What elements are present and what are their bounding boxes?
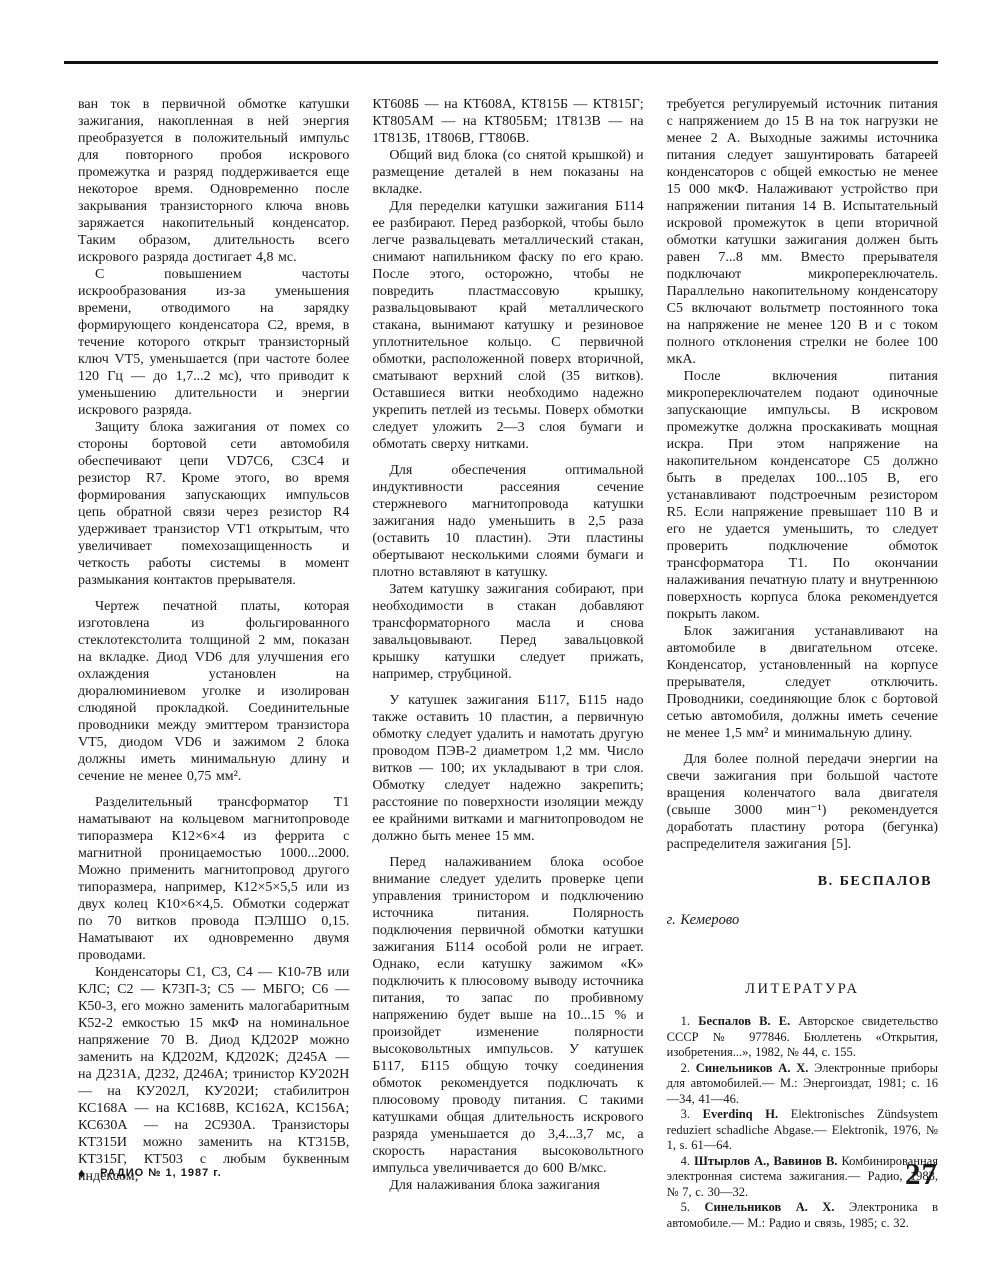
literature-reference: 5. Синельников А. Х. Электроника в автом… — [667, 1200, 938, 1231]
literature-reference: 3. Everdinq H. Elektronisches Zündsystem… — [667, 1107, 938, 1154]
text-column-right: требуется регулируемый источник питания … — [667, 96, 938, 1231]
literature-reference: 1. Беспалов В. Е. Авторское свидетельств… — [667, 1014, 938, 1061]
journal-title: РАДИО № 1, 1987 г. — [100, 1167, 222, 1179]
text-column-middle: КТ608Б — на КТ608А, КТ815Б — КТ815Г; КТ8… — [372, 96, 643, 1231]
ref-author: Беспалов В. Е. — [698, 1014, 790, 1028]
author-signature: В. БЕСПАЛОВ — [667, 873, 938, 890]
paragraph: Конденсаторы С1, С3, С4 — К10-7В или КЛС… — [78, 964, 349, 1185]
literature-list: 1. Беспалов В. Е. Авторское свидетельств… — [667, 1014, 938, 1231]
ref-author: Everdinq H. — [703, 1107, 778, 1121]
page-footer: ♦ РАДИО № 1, 1987 г. 27 — [78, 1158, 938, 1198]
paragraph: Разделительный трансформатор Т1 наматыва… — [78, 794, 349, 964]
paragraph: У катушек зажигания Б117, Б115 надо такж… — [372, 692, 643, 845]
paragraph: Перед налаживанием блока особое внимание… — [372, 854, 643, 1177]
paragraph: Чертеж печатной платы, которая изготовле… — [78, 598, 349, 785]
author-city: г. Кемерово — [667, 912, 938, 929]
paragraph: Затем катушку зажигания собирают, при не… — [372, 581, 643, 683]
page-number: 27 — [905, 1158, 938, 1189]
top-rule — [64, 61, 938, 64]
paragraph: ван ток в первичной обмотке катушки зажи… — [78, 96, 349, 266]
literature-heading: ЛИТЕРАТУРА — [667, 981, 938, 998]
ref-number: 1. — [681, 1014, 690, 1028]
ref-number: 2. — [681, 1061, 690, 1075]
ref-author: Синельников А. Х. — [696, 1061, 809, 1075]
paragraph: КТ608Б — на КТ608А, КТ815Б — КТ815Г; КТ8… — [372, 96, 643, 147]
magazine-page: ван ток в первичной обмотке катушки зажи… — [0, 0, 1000, 1275]
ref-number: 3. — [681, 1107, 690, 1121]
journal-imprint: ♦ РАДИО № 1, 1987 г. — [78, 1166, 222, 1180]
ref-author: Синельников А. Х. — [705, 1200, 835, 1214]
paragraph: После включения питания микропереключате… — [667, 368, 938, 623]
article-columns: ван ток в первичной обмотке катушки зажи… — [78, 96, 938, 1231]
literature-reference: 2. Синельников А. Х. Электронные приборы… — [667, 1061, 938, 1108]
text-column-left: ван ток в первичной обмотке катушки зажи… — [78, 96, 349, 1231]
paragraph: С повышением частоты искрообразования из… — [78, 266, 349, 419]
paragraph: Для обеспечения оптимальной индуктивност… — [372, 462, 643, 581]
paragraph: Защиту блока зажигания от помех со сторо… — [78, 419, 349, 589]
paragraph: Для переделки катушки зажигания Б114 ее … — [372, 198, 643, 453]
ref-number: 5. — [681, 1200, 690, 1214]
paragraph: Блок зажигания устанавливают на автомоби… — [667, 623, 938, 742]
paragraph: Общий вид блока (со снятой крышкой) и ра… — [372, 147, 643, 198]
paragraph: требуется регулируемый источник питания … — [667, 96, 938, 368]
diamond-icon: ♦ — [78, 1166, 86, 1180]
paragraph: Для более полной передачи энергии на све… — [667, 751, 938, 853]
